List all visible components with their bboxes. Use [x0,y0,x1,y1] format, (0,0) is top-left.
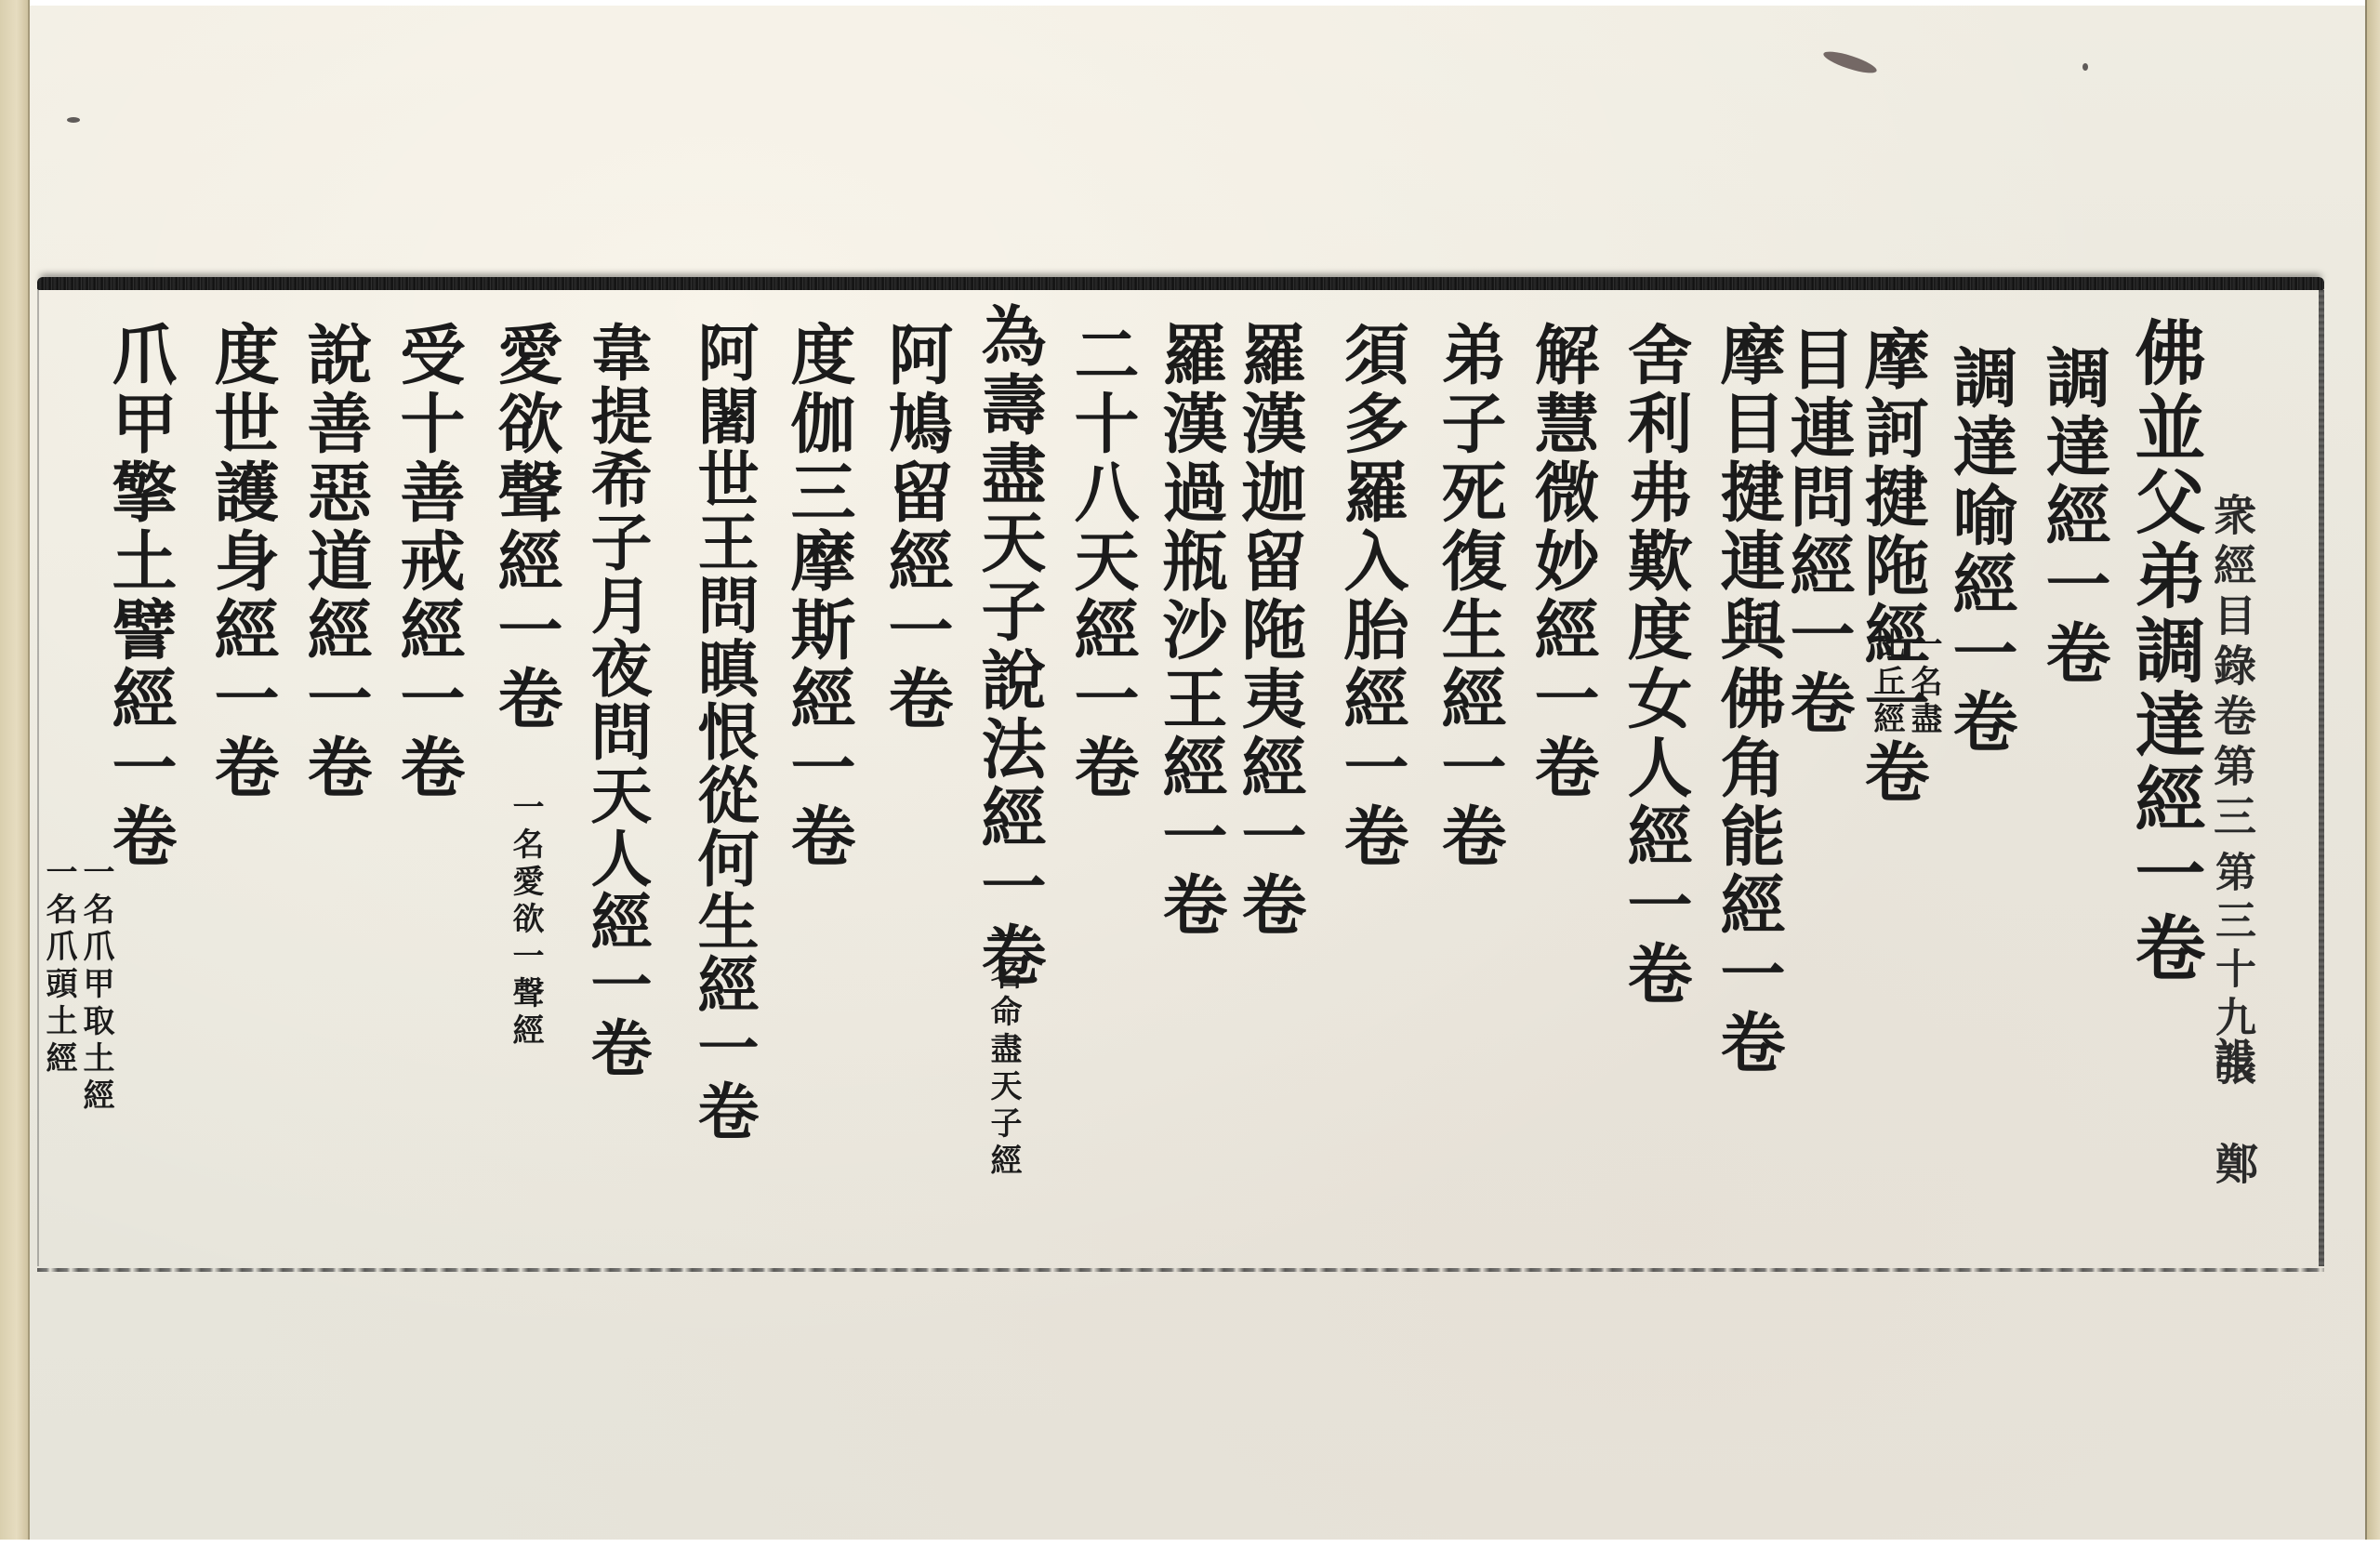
entry-title: 受十善戒經一卷 [395,321,460,802]
entry-title: 調達喻經一卷 [1948,344,2013,757]
entry-title: 羅漢迦留陁夷經一卷 [1236,321,1302,940]
entry-title: 摩目揵連與佛角能經一卷 [1715,321,1780,1078]
entry-title: 佛並父弟調達經一卷 [2129,316,2200,985]
entry-note: 一名盡 比丘經 [1871,628,1939,739]
entry-title: 目連問經一卷 [1785,325,1850,738]
entry-title: 為壽盡天子說法經一卷 [976,302,1041,990]
entry-title: 韋提希子月夜問天人經一卷 [586,321,647,1079]
scanned-page: 衆經目錄卷第三 第三十九張 設 鄭 佛並父弟調達經一卷 調達經一卷 調達喻經一卷… [0,0,2380,1547]
entry-note-line: 一名盡 [1908,628,1939,739]
entry-title: 阿闍世王問瞋恨從何生經一卷 [693,321,754,1143]
ink-speck [2082,63,2088,71]
entry-note: 一名命盡天子經 [987,920,1019,1181]
top-margin-strip [0,0,2380,6]
entry-note-line: 比丘經 [1871,628,1902,739]
entry-note: 一名愛欲一聲經 [509,790,541,1051]
entry-title: 愛欲聲經一卷 [493,321,558,734]
catalog-entries: 佛並父弟調達經一卷 調達經一卷 調達喻經一卷 摩訶揵陁經一卷 一名盡 比丘經 目… [37,297,2324,1264]
ink-speck [67,117,80,123]
entry-title: 度世護身經一卷 [209,321,274,802]
entry-title: 二十八天經一卷 [1069,321,1134,802]
entry-title: 弟子死復生經一卷 [1436,321,1501,871]
right-binding-edge [2365,0,2380,1547]
entry-title: 舍利弗歎度女人經一卷 [1622,321,1687,1009]
entry-title: 解慧微妙經一卷 [1529,321,1594,802]
entry-title: 羅漢過瓶沙王經一卷 [1157,321,1223,940]
entry-note-line: 一名爪甲取土經 [80,855,112,1116]
entry-title: 須多羅入胎經一卷 [1339,321,1404,871]
entry-title: 阿鳩留經一卷 [883,321,948,734]
entry-note: 一名爪甲取土經 一名爪頭土經 [43,855,112,1116]
entry-title: 調達經一卷 [2041,344,2106,688]
entry-note-line: 一名爪頭土經 [43,855,74,1116]
left-binding-edge [0,0,30,1547]
frame-bottom-border [37,1268,2324,1272]
entry-title: 說善惡道經一卷 [302,321,367,802]
entry-title: 度伽三摩斯經一卷 [786,321,851,871]
ink-smudge [1821,47,1878,77]
frame-top-border [37,277,2324,290]
entry-title: 爪甲擎土譬經一卷 [107,321,172,871]
bottom-margin-strip [0,1540,2380,1547]
